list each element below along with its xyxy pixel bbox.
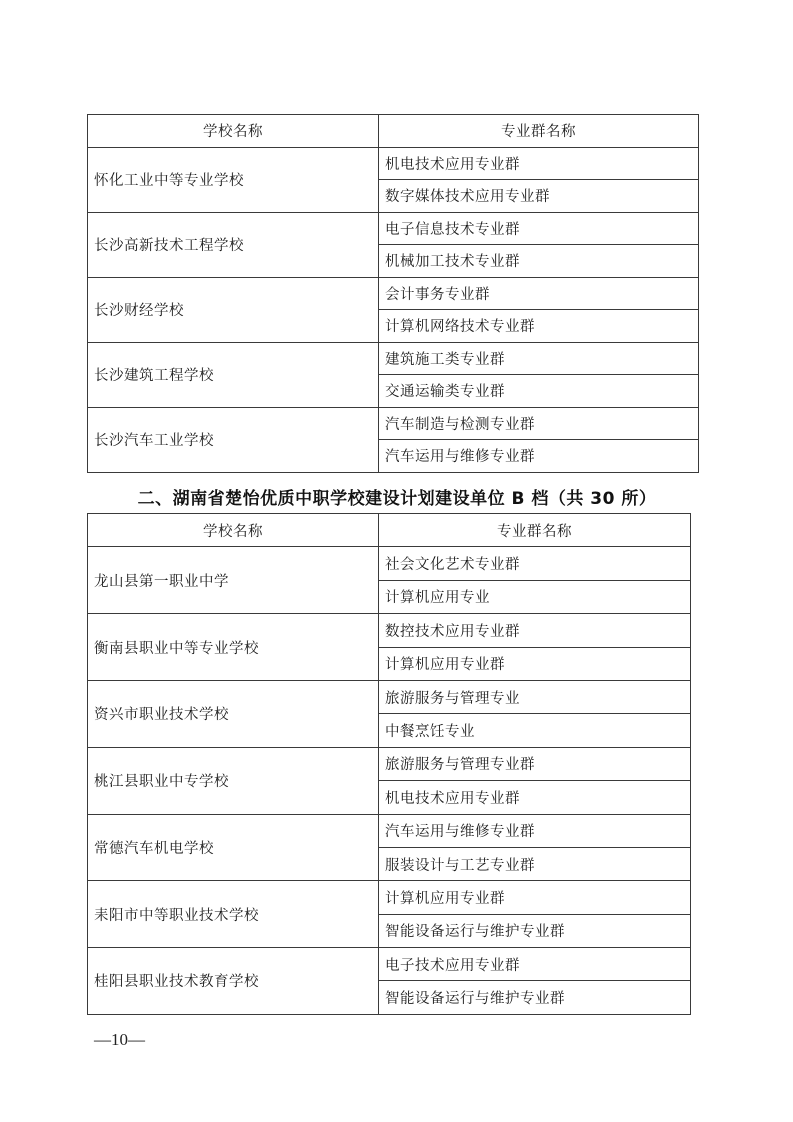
group-name-cell: 交通运输类专业群: [379, 375, 699, 408]
school-name-cell: 耒阳市中等职业技术学校: [88, 881, 379, 948]
group-name-cell: 智能设备运行与维护专业群: [379, 981, 691, 1014]
column-header-group: 专业群名称: [379, 514, 691, 547]
school-name-cell: 衡南县职业中等专业学校: [88, 614, 379, 681]
table-row: 桂阳县职业技术教育学校电子技术应用专业群: [88, 948, 691, 981]
group-name-cell: 数控技术应用专业群: [379, 614, 691, 647]
group-name-cell: 数字媒体技术应用专业群: [379, 180, 699, 213]
table-row: 资兴市职业技术学校旅游服务与管理专业: [88, 680, 691, 713]
table-row: 长沙财经学校会计事务专业群: [88, 277, 699, 310]
group-name-cell: 中餐烹饪专业: [379, 714, 691, 747]
group-name-cell: 机电技术应用专业群: [379, 147, 699, 180]
school-group-table-a: 学校名称专业群名称怀化工业中等专业学校机电技术应用专业群数字媒体技术应用专业群长…: [87, 114, 699, 473]
table-row: 耒阳市中等职业技术学校计算机应用专业群: [88, 881, 691, 914]
group-name-cell: 计算机应用专业: [379, 580, 691, 613]
school-name-cell: 桂阳县职业技术教育学校: [88, 948, 379, 1015]
group-name-cell: 汽车运用与维修专业群: [379, 814, 691, 847]
school-name-cell: 资兴市职业技术学校: [88, 680, 379, 747]
group-name-cell: 电子信息技术专业群: [379, 212, 699, 245]
table-row: 桃江县职业中专学校旅游服务与管理专业群: [88, 747, 691, 780]
table-row: 衡南县职业中等专业学校数控技术应用专业群: [88, 614, 691, 647]
group-name-cell: 计算机应用专业群: [379, 881, 691, 914]
header-row: 学校名称专业群名称: [88, 115, 699, 148]
table-row: 长沙高新技术工程学校电子信息技术专业群: [88, 212, 699, 245]
school-group-table-b: 学校名称专业群名称龙山县第一职业中学社会文化艺术专业群计算机应用专业衡南县职业中…: [87, 513, 691, 1015]
table-row: 常德汽车机电学校汽车运用与维修专业群: [88, 814, 691, 847]
school-name-cell: 常德汽车机电学校: [88, 814, 379, 881]
school-name-cell: 长沙高新技术工程学校: [88, 212, 379, 277]
table-body: 学校名称专业群名称怀化工业中等专业学校机电技术应用专业群数字媒体技术应用专业群长…: [88, 115, 699, 473]
group-name-cell: 社会文化艺术专业群: [379, 547, 691, 580]
school-name-cell: 长沙财经学校: [88, 277, 379, 342]
school-name-cell: 龙山县第一职业中学: [88, 547, 379, 614]
school-name-cell: 怀化工业中等专业学校: [88, 147, 379, 212]
table-row: 长沙建筑工程学校建筑施工类专业群: [88, 342, 699, 375]
school-name-cell: 长沙汽车工业学校: [88, 407, 379, 472]
group-name-cell: 会计事务专业群: [379, 277, 699, 310]
school-name-cell: 桃江县职业中专学校: [88, 747, 379, 814]
school-name-cell: 长沙建筑工程学校: [88, 342, 379, 407]
table-row: 怀化工业中等专业学校机电技术应用专业群: [88, 147, 699, 180]
column-header-group: 专业群名称: [379, 115, 699, 148]
group-name-cell: 计算机网络技术专业群: [379, 310, 699, 343]
group-name-cell: 机械加工技术专业群: [379, 245, 699, 278]
group-name-cell: 计算机应用专业群: [379, 647, 691, 680]
table-row: 龙山县第一职业中学社会文化艺术专业群: [88, 547, 691, 580]
group-name-cell: 服装设计与工艺专业群: [379, 847, 691, 880]
header-row: 学校名称专业群名称: [88, 514, 691, 547]
group-name-cell: 汽车运用与维修专业群: [379, 440, 699, 473]
group-name-cell: 智能设备运行与维护专业群: [379, 914, 691, 947]
table-row: 长沙汽车工业学校汽车制造与检测专业群: [88, 407, 699, 440]
group-name-cell: 建筑施工类专业群: [379, 342, 699, 375]
group-name-cell: 旅游服务与管理专业: [379, 680, 691, 713]
group-name-cell: 机电技术应用专业群: [379, 781, 691, 814]
section-title: 二、湖南省楚怡优质中职学校建设计划建设单位 B 档（共 30 所）: [87, 484, 707, 509]
group-name-cell: 旅游服务与管理专业群: [379, 747, 691, 780]
table-body: 学校名称专业群名称龙山县第一职业中学社会文化艺术专业群计算机应用专业衡南县职业中…: [88, 514, 691, 1015]
group-name-cell: 电子技术应用专业群: [379, 948, 691, 981]
column-header-school: 学校名称: [88, 514, 379, 547]
group-name-cell: 汽车制造与检测专业群: [379, 407, 699, 440]
column-header-school: 学校名称: [88, 115, 379, 148]
page-number: —10—: [94, 1030, 145, 1050]
